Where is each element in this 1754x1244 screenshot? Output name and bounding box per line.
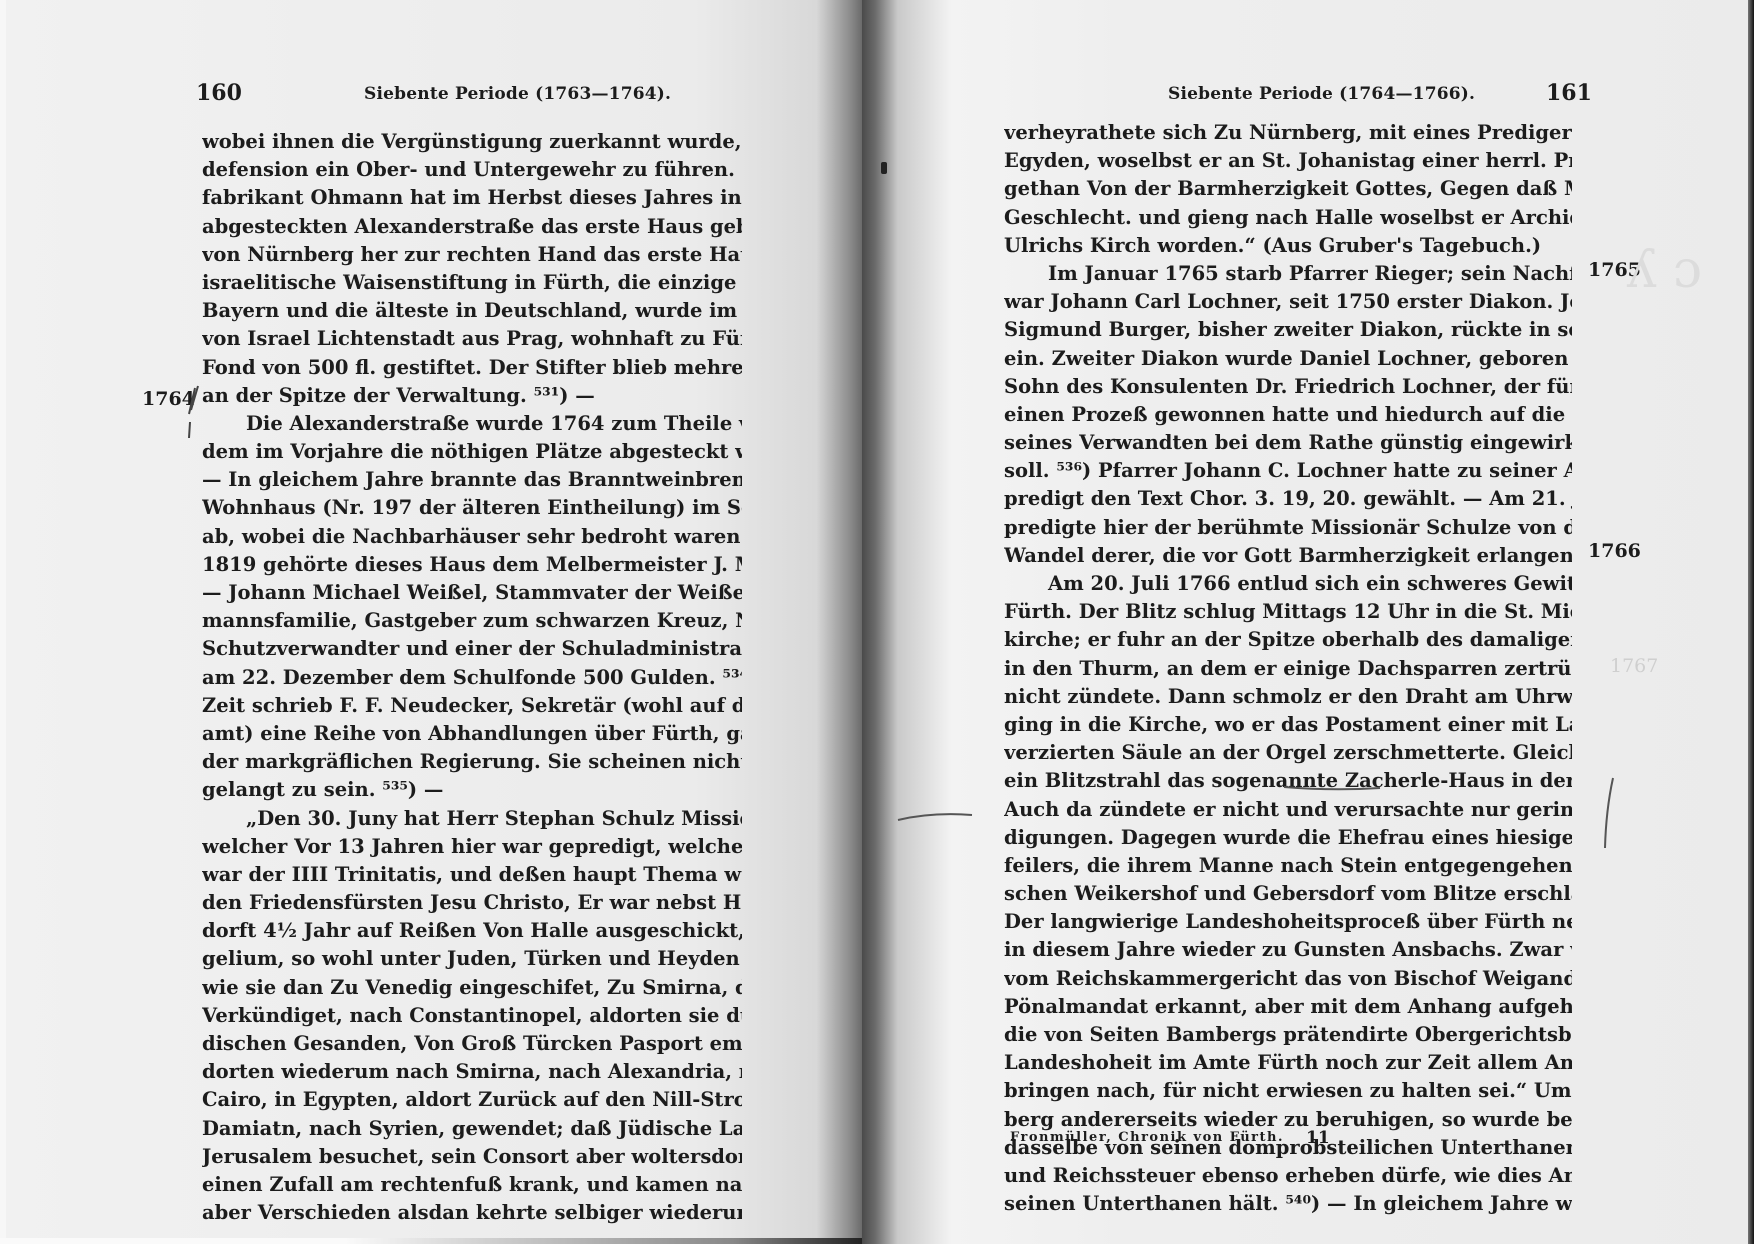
- book-spread: 160 Siebente Periode (1763—1764). 1764 w…: [0, 0, 1754, 1244]
- left-page-bottom-edge: [0, 1238, 862, 1244]
- bleed-through-mark: ʎ ɔ: [1627, 240, 1702, 300]
- text-line: Im Januar 1765 starb Pfarrer Rieger; sei…: [1004, 260, 1572, 288]
- text-line: Sohn des Konsulenten Dr. Friedrich Lochn…: [1004, 373, 1572, 401]
- text-line: amt) eine Reihe von Abhandlungen über Fü…: [202, 720, 742, 748]
- text-line: ein. Zweiter Diakon wurde Daniel Lochner…: [1004, 345, 1572, 373]
- text-line: ab, wobei die Nachbarhäuser sehr bedroht…: [202, 523, 742, 551]
- text-line: ein Blitzstrahl das sogenannte Zacherle-…: [1004, 767, 1572, 795]
- text-line: Geschlecht. und gieng nach Halle woselbs…: [1004, 204, 1572, 232]
- text-line: in den Thurm, an dem er einige Dachsparr…: [1004, 655, 1572, 683]
- left-page-number: 160: [196, 80, 242, 106]
- text-line: soll. ⁵³⁶) Pfarrer Johann C. Lochner hat…: [1004, 457, 1572, 485]
- text-line: in diesem Jahre wieder zu Gunsten Ansbac…: [1004, 936, 1572, 964]
- text-line: wobei ihnen die Vergünstigung zuerkannt …: [202, 128, 742, 156]
- text-line: an der Spitze der Verwaltung. ⁵³¹) —: [202, 382, 742, 410]
- text-line: „Den 30. Juny hat Herr Stephan Schulz Mi…: [202, 805, 742, 833]
- text-line: Jerusalem besuchet, sein Consort aber wo…: [202, 1143, 742, 1171]
- text-line: von Nürnberg her zur rechten Hand das er…: [202, 241, 742, 269]
- text-line: verheyrathete sich Zu Nürnberg, mit eine…: [1004, 119, 1572, 147]
- text-line: dem im Vorjahre die nöthigen Plätze abge…: [202, 438, 742, 466]
- text-line: Bayern und die älteste in Deutschland, w…: [202, 297, 742, 325]
- text-line: Fürth. Der Blitz schlug Mittags 12 Uhr i…: [1004, 598, 1572, 626]
- text-line: wie sie dan Zu Venedig eingeschifet, Zu …: [202, 974, 742, 1002]
- text-line: ging in die Kirche, wo er das Postament …: [1004, 711, 1572, 739]
- footer-signature: Fronmüller, Chronik von Fürth.: [1010, 1130, 1284, 1145]
- text-line: Egyden, woselbst er an St. Johanistag ei…: [1004, 147, 1572, 175]
- text-line: einen Prozeß gewonnen hatte und hiedurch…: [1004, 401, 1572, 429]
- spine-mark: [881, 162, 887, 174]
- left-body-text: wobei ihnen die Vergünstigung zuerkannt …: [202, 128, 742, 1227]
- text-line: Wohnhaus (Nr. 197 der älteren Eintheilun…: [202, 494, 742, 522]
- text-line: Ulrichs Kirch worden.“ (Aus Gruber's Tag…: [1004, 232, 1572, 260]
- left-page: 160 Siebente Periode (1763—1764). 1764 w…: [0, 0, 868, 1244]
- text-line: Am 20. Juli 1766 entlud sich ein schwere…: [1004, 570, 1572, 598]
- text-line: — Johann Michael Weißel, Stammvater der …: [202, 579, 742, 607]
- text-line: gelangt zu sein. ⁵³⁵) —: [202, 776, 742, 804]
- text-line: feilers, die ihrem Manne nach Stein entg…: [1004, 852, 1572, 880]
- text-line: israelitische Waisenstiftung in Fürth, d…: [202, 269, 742, 297]
- right-page: Siebente Periode (1764—1766). 161 1765 1…: [862, 0, 1754, 1244]
- text-line: fabrikant Ohmann hat im Herbst dieses Ja…: [202, 184, 742, 212]
- text-line: seines Verwandten bei dem Rathe günstig …: [1004, 429, 1572, 457]
- text-line: Pönalmandat erkannt, aber mit dem Anhang…: [1004, 993, 1572, 1021]
- right-page-number: 161: [1546, 80, 1592, 106]
- text-line: Die Alexanderstraße wurde 1764 zum Theil…: [202, 410, 742, 438]
- text-line: predigte hier der berühmte Missionär Sch…: [1004, 514, 1572, 542]
- text-line: abgesteckten Alexanderstraße das erste H…: [202, 213, 742, 241]
- text-line: der markgräflichen Regierung. Sie schein…: [202, 748, 742, 776]
- text-line: seinen Unterthanen hält. ⁵⁴⁰) — In gleic…: [1004, 1190, 1572, 1218]
- text-line: gethan Von der Barmherzigkeit Gottes, Ge…: [1004, 175, 1572, 203]
- text-line: die von Seiten Bambergs prätendirte Ober…: [1004, 1021, 1572, 1049]
- text-line: 1819 gehörte dieses Haus dem Melbermeist…: [202, 551, 742, 579]
- text-line: kirche; er fuhr an der Spitze oberhalb d…: [1004, 626, 1572, 654]
- text-line: aber Verschieden alsdan kehrte selbiger …: [202, 1199, 742, 1227]
- text-line: Auch da zündete er nicht und verursachte…: [1004, 796, 1572, 824]
- text-line: welcher Vor 13 Jahren hier war gepredigt…: [202, 833, 742, 861]
- text-line: Landeshoheit im Amte Fürth noch zur Zeit…: [1004, 1049, 1572, 1077]
- text-line: dorten wiederum nach Smirna, nach Alexan…: [202, 1058, 742, 1086]
- right-running-head: Siebente Periode (1764—1766).: [1168, 84, 1475, 104]
- text-line: war der IIII Trinitatis, und deßen haupt…: [202, 861, 742, 889]
- text-line: digungen. Dagegen wurde die Ehefrau eine…: [1004, 824, 1572, 852]
- text-line: von Israel Lichtenstadt aus Prag, wohnha…: [202, 325, 742, 353]
- text-line: dischen Gesanden, Von Groß Türcken Paspo…: [202, 1030, 742, 1058]
- left-running-head: Siebente Periode (1763—1764).: [364, 84, 671, 104]
- text-line: Verkündiget, nach Constantinopel, aldort…: [202, 1002, 742, 1030]
- bleed-through-year: 1767: [1610, 655, 1658, 677]
- right-page-edge: [1748, 0, 1754, 1244]
- text-line: Der langwierige Landeshoheitsproceß über…: [1004, 908, 1572, 936]
- text-line: Fond von 500 fl. gestiftet. Der Stifter …: [202, 354, 742, 382]
- margin-year-1764: 1764: [142, 388, 195, 410]
- text-line: den Friedensfürsten Jesu Christo, Er war…: [202, 889, 742, 917]
- text-line: war Johann Carl Lochner, seit 1750 erste…: [1004, 288, 1572, 316]
- text-line: mannsfamilie, Gastgeber zum schwarzen Kr…: [202, 607, 742, 635]
- text-line: schen Weikershof und Gebersdorf vom Blit…: [1004, 880, 1572, 908]
- text-line: predigt den Text Chor. 3. 19, 20. gewähl…: [1004, 485, 1572, 513]
- margin-year-1766: 1766: [1588, 540, 1641, 562]
- text-line: verzierten Säule an der Orgel zerschmett…: [1004, 739, 1572, 767]
- text-line: Sigmund Burger, bisher zweiter Diakon, r…: [1004, 316, 1572, 344]
- text-line: vom Reichskammergericht das von Bischof …: [1004, 965, 1572, 993]
- text-line: nicht zündete. Dann schmolz er den Draht…: [1004, 683, 1572, 711]
- text-line: am 22. Dezember dem Schulfonde 500 Gulde…: [202, 664, 742, 692]
- text-line: Schutzverwandter und einer der Schuladmi…: [202, 635, 742, 663]
- text-line: Zeit schrieb F. F. Neudecker, Sekretär (…: [202, 692, 742, 720]
- text-line: dorft 4½ Jahr auf Reißen Von Halle ausge…: [202, 917, 742, 945]
- text-line: — In gleichem Jahre brannte das Branntwe…: [202, 466, 742, 494]
- text-line: einen Zufall am rechtenfuß krank, und ka…: [202, 1171, 742, 1199]
- text-line: Cairo, in Egypten, aldort Zurück auf den…: [202, 1086, 742, 1114]
- text-line: gelium, so wohl unter Juden, Türken und …: [202, 945, 742, 973]
- right-body-text: verheyrathete sich Zu Nürnberg, mit eine…: [1004, 119, 1572, 1218]
- text-line: defension ein Ober- und Untergewehr zu f…: [202, 156, 742, 184]
- text-line: bringen nach, für nicht erwiesen zu halt…: [1004, 1077, 1572, 1105]
- text-line: Damiatn, nach Syrien, gewendet; daß Jüdi…: [202, 1115, 742, 1143]
- text-line: Wandel derer, die vor Gott Barmherzigkei…: [1004, 542, 1572, 570]
- text-line: und Reichssteuer ebenso erheben dürfe, w…: [1004, 1162, 1572, 1190]
- footer-sheet-number: 11: [1306, 1128, 1330, 1148]
